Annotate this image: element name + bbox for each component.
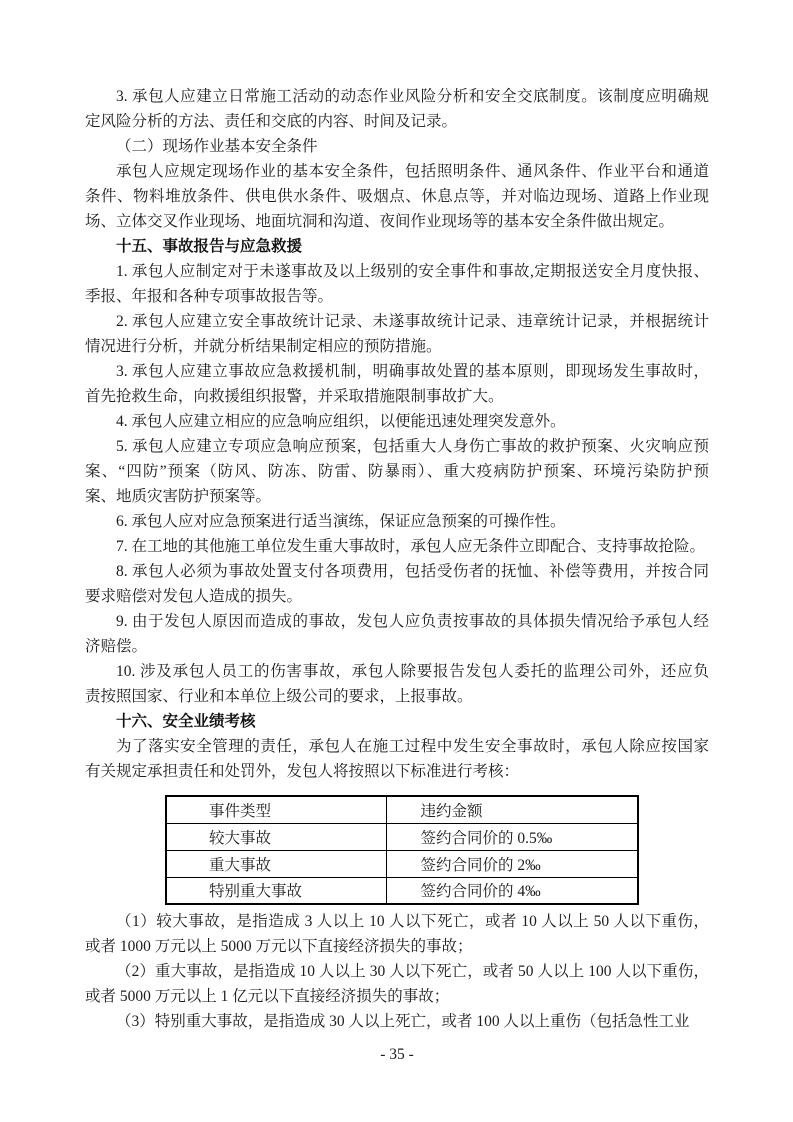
section-heading: 十六、安全业绩考核 bbox=[85, 709, 709, 734]
text-line: 季报、年报和各种专项事故报告等。 bbox=[85, 284, 709, 309]
document-page: 3. 承包人应建立日常施工活动的动态作业风险分析和安全交底制度。该制度应明确规定… bbox=[0, 0, 793, 1122]
text-line: 场、立体交叉作业现场、地面坑洞和沟道、夜间作业现场等的基本安全条件做出规定。 bbox=[85, 209, 709, 234]
text-line: 4. 承包人应建立相应的应急响应组织，以便能迅速处理突发意外。 bbox=[85, 409, 709, 434]
text-line: 或者 1000 万元以上 5000 万元以下直接经济损失的事故； bbox=[85, 934, 709, 959]
paragraph: 9. 由于发包人原因而造成的事故，发包人应负责按事故的具体损失情况给予承包人经济… bbox=[85, 609, 709, 659]
penalty-amount-cell: 签约合同价的 0.5‰ bbox=[386, 823, 638, 850]
text-line: 案、地质灾害防护预案等。 bbox=[85, 484, 709, 509]
text-line: 为了落实安全管理的责任，承包人在施工过程中发生安全事故时，承包人除应按国家 bbox=[85, 734, 709, 759]
text-line: 或者 5000 万元以上 1 亿元以下直接经济损失的事故； bbox=[85, 984, 709, 1009]
text-line: 首先抢救生命，向救援组织报警，并采取措施限制事故扩大。 bbox=[85, 384, 709, 409]
text-line: 有关规定承担责任和处罚外，发包人将按照以下标准进行考核： bbox=[85, 759, 709, 784]
paragraph: 为了落实安全管理的责任，承包人在施工过程中发生安全事故时，承包人除应按国家有关规… bbox=[85, 734, 709, 784]
header-event-type: 事件类型 bbox=[166, 796, 386, 823]
clauses-before-table: 3. 承包人应建立日常施工活动的动态作业风险分析和安全交底制度。该制度应明确规定… bbox=[85, 84, 709, 784]
text-line: 1. 承包人应制定对于未遂事故及以上级别的安全事件和事故,定期报送安全月度快报、 bbox=[85, 259, 709, 284]
text-line: 6. 承包人应对应急预案进行适当演练，保证应急预案的可操作性。 bbox=[85, 509, 709, 534]
clauses-after-table: （1）较大事故，是指造成 3 人以上 10 人以下死亡，或者 10 人以上 50… bbox=[85, 909, 709, 1034]
text-line: 定风险分析的方法、责任和交底的内容、时间及记录。 bbox=[85, 109, 709, 134]
paragraph: 5. 承包人应建立专项应急响应预案，包括重大人身伤亡事故的救护预案、火灾响应预案… bbox=[85, 434, 709, 509]
text-line: 十六、安全业绩考核 bbox=[85, 709, 709, 734]
table-row: 特别重大事故 签约合同价的 4‰ bbox=[166, 877, 638, 904]
text-line: 条件、物料堆放条件、供电供水条件、吸烟点、休息点等，并对临边现场、道路上作业现 bbox=[85, 184, 709, 209]
paragraph: 1. 承包人应制定对于未遂事故及以上级别的安全事件和事故,定期报送安全月度快报、… bbox=[85, 259, 709, 309]
text-line: （2）重大事故，是指造成 10 人以上 30 人以下死亡，或者 50 人以上 1… bbox=[85, 959, 709, 984]
text-line: 2. 承包人应建立安全事故统计记录、未遂事故统计记录、违章统计记录，并根据统计 bbox=[85, 309, 709, 334]
paragraph: （3）特别重大事故，是指造成 30 人以上死亡，或者 100 人以上重伤（包括急… bbox=[85, 1009, 709, 1034]
penalty-amount-cell: 签约合同价的 2‰ bbox=[386, 850, 638, 877]
text-line: （二）现场作业基本安全条件 bbox=[85, 134, 709, 159]
event-type-cell: 重大事故 bbox=[166, 850, 386, 877]
paragraph: 3. 承包人应建立事故应急救援机制，明确事故处置的基本原则，即现场发生事故时，首… bbox=[85, 359, 709, 409]
table-row: 较大事故 签约合同价的 0.5‰ bbox=[166, 823, 638, 850]
section-heading: 十五、事故报告与应急救援 bbox=[85, 234, 709, 259]
text-line: 十五、事故报告与应急救援 bbox=[85, 234, 709, 259]
text-line: 3. 承包人应建立日常施工活动的动态作业风险分析和安全交底制度。该制度应明确规 bbox=[85, 84, 709, 109]
paragraph: 10. 涉及承包人员工的伤害事故，承包人除要报告发包人委托的监理公司外，还应负责… bbox=[85, 659, 709, 709]
text-line: 济赔偿。 bbox=[85, 634, 709, 659]
text-line: 责按照国家、行业和本单位上级公司的要求，上报事故。 bbox=[85, 684, 709, 709]
text-line: 要求赔偿对发包人造成的损失。 bbox=[85, 584, 709, 609]
paragraph: 6. 承包人应对应急预案进行适当演练，保证应急预案的可操作性。 bbox=[85, 509, 709, 534]
text-line: 8. 承包人必须为事故处置支付各项费用，包括受伤者的抚恤、补偿等费用，并按合同 bbox=[85, 559, 709, 584]
table-row: 重大事故 签约合同价的 2‰ bbox=[166, 850, 638, 877]
page-number: - 35 - bbox=[85, 1042, 709, 1067]
paragraph: （二）现场作业基本安全条件 bbox=[85, 134, 709, 159]
event-type-cell: 特别重大事故 bbox=[166, 877, 386, 904]
paragraph: 承包人应规定现场作业的基本安全条件，包括照明条件、通风条件、作业平台和通道条件、… bbox=[85, 159, 709, 234]
text-line: 3. 承包人应建立事故应急救援机制，明确事故处置的基本原则，即现场发生事故时， bbox=[85, 359, 709, 384]
paragraph: 2. 承包人应建立安全事故统计记录、未遂事故统计记录、违章统计记录，并根据统计情… bbox=[85, 309, 709, 359]
paragraph: 7. 在工地的其他施工单位发生重大事故时，承包人应无条件立即配合、支持事故抢险。 bbox=[85, 534, 709, 559]
paragraph: （2）重大事故，是指造成 10 人以上 30 人以下死亡，或者 50 人以上 1… bbox=[85, 959, 709, 1009]
text-line: 10. 涉及承包人员工的伤害事故，承包人除要报告发包人委托的监理公司外，还应负 bbox=[85, 659, 709, 684]
text-line: 7. 在工地的其他施工单位发生重大事故时，承包人应无条件立即配合、支持事故抢险。 bbox=[85, 534, 709, 559]
paragraph: （1）较大事故，是指造成 3 人以上 10 人以下死亡，或者 10 人以上 50… bbox=[85, 909, 709, 959]
penalty-amount-cell: 签约合同价的 4‰ bbox=[386, 877, 638, 904]
text-line: 案、“四防”预案（防风、防冻、防雷、防暴雨）、重大疫病防护预案、环境污染防护预 bbox=[85, 459, 709, 484]
text-line: （3）特别重大事故，是指造成 30 人以上死亡，或者 100 人以上重伤（包括急… bbox=[85, 1009, 709, 1034]
text-line: 承包人应规定现场作业的基本安全条件，包括照明条件、通风条件、作业平台和通道 bbox=[85, 159, 709, 184]
paragraph: 3. 承包人应建立日常施工活动的动态作业风险分析和安全交底制度。该制度应明确规定… bbox=[85, 84, 709, 134]
text-line: 9. 由于发包人原因而造成的事故，发包人应负责按事故的具体损失情况给予承包人经 bbox=[85, 609, 709, 634]
paragraph: 4. 承包人应建立相应的应急响应组织，以便能迅速处理突发意外。 bbox=[85, 409, 709, 434]
event-type-cell: 较大事故 bbox=[166, 823, 386, 850]
penalty-table: 事件类型 违约金额 较大事故 签约合同价的 0.5‰ 重大事故 签约合同价的 2… bbox=[165, 795, 639, 905]
penalty-table-header-row: 事件类型 违约金额 bbox=[166, 796, 638, 823]
text-line: 5. 承包人应建立专项应急响应预案，包括重大人身伤亡事故的救护预案、火灾响应预 bbox=[85, 434, 709, 459]
text-line: 情况进行分析，并就分析结果制定相应的预防措施。 bbox=[85, 334, 709, 359]
paragraph: 8. 承包人必须为事故处置支付各项费用，包括受伤者的抚恤、补偿等费用，并按合同要… bbox=[85, 559, 709, 609]
text-line: （1）较大事故，是指造成 3 人以上 10 人以下死亡，或者 10 人以上 50… bbox=[85, 909, 709, 934]
header-penalty-amount: 违约金额 bbox=[386, 796, 638, 823]
